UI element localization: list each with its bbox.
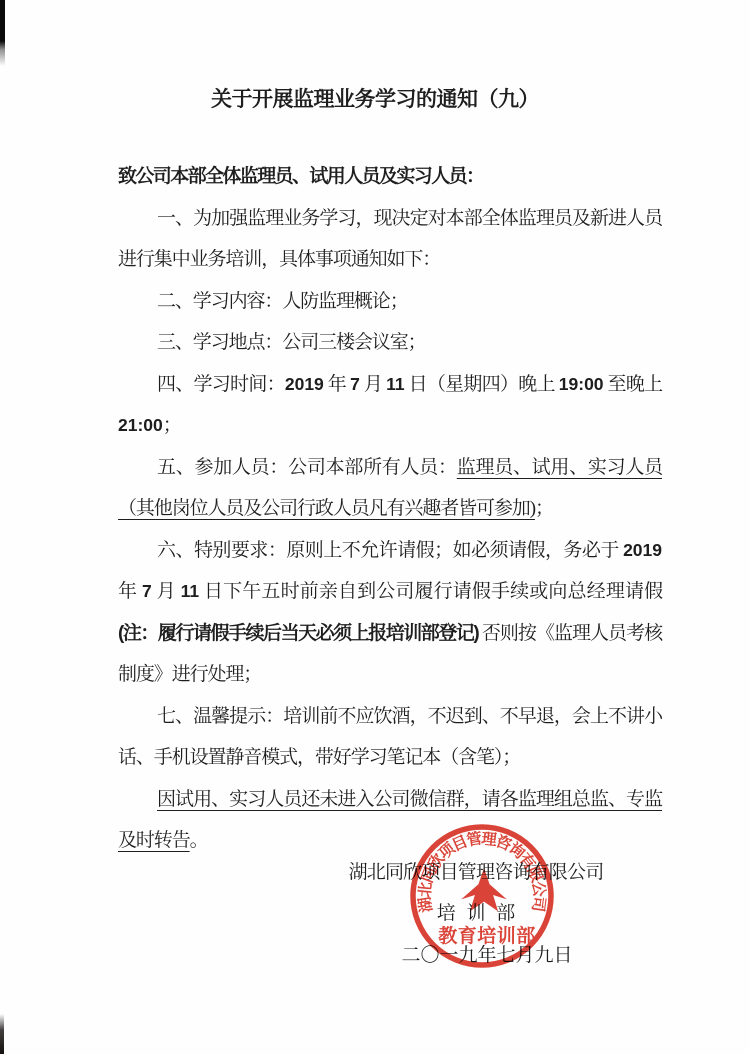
paragraph-5-text: ；	[535, 498, 553, 519]
paragraph-6-text: 月	[152, 581, 181, 602]
day-number: 11	[386, 374, 405, 394]
paragraph-1: 一、为加强监理业务学习，现决定对本部全体监理员及新进人员进行集中业务培训，具体事…	[118, 198, 662, 281]
paragraph-4-text: 月	[360, 374, 386, 395]
start-time: 19:00	[559, 374, 604, 394]
paragraph-5: 五、参加人员：公司本部所有人员：监理员、试用、实习人员（其他岗位人员及公司行政人…	[118, 447, 662, 530]
paragraph-4: 四、学习时间：2019 年 7 月 11 日（星期四）晚上 19:00 至晚上 …	[118, 364, 662, 447]
paragraph-6-text: 六、特别要求：原则上不允许请假；如必须请假，务必于	[157, 540, 623, 561]
paragraph-4-text: ；	[163, 415, 181, 436]
paragraph-4-text: 四、学习时间：	[157, 374, 285, 395]
paragraph-4-text: 至晚上	[604, 374, 662, 395]
paragraph-4-text: 日（星期四）晚上	[405, 374, 559, 395]
paragraph-4-text: 年	[324, 374, 350, 395]
paragraph-8-text: 。	[190, 830, 208, 851]
notice-title: 关于开展监理业务学习的通知（九）	[0, 0, 750, 116]
notice-body: 致公司本部全体监理员、试用人员及实习人员： 一、为加强监理业务学习，现决定对本部…	[118, 156, 662, 862]
paragraph-2-text: 二、学习内容：人防监理概论；	[157, 291, 408, 312]
year-number: 2019	[623, 540, 662, 560]
paragraph-7-text: 七、温馨提示：培训前不应饮酒，不迟到、不早退，会上不讲小话、手机设置静音模式，带…	[118, 706, 662, 769]
day-number: 11	[181, 581, 200, 601]
month-number: 7	[142, 581, 152, 601]
seal-banner-text: 教育培训部	[438, 924, 536, 947]
month-number: 7	[350, 374, 360, 394]
paragraph-7: 七、温馨提示：培训前不应饮酒，不迟到、不早退，会上不讲小话、手机设置静音模式，带…	[118, 696, 662, 779]
paragraph-8: 因试用、实习人员还未进入公司微信群，请各监理组总监、专监及时转告。	[118, 779, 662, 862]
end-time: 21:00	[118, 415, 163, 435]
paragraph-3: 三、学习地点：公司三楼会议室；	[118, 322, 662, 364]
paragraph-2: 二、学习内容：人防监理概论；	[118, 281, 662, 323]
paragraph-5-text: 五、参加人员：公司本部所有人员：	[157, 457, 457, 478]
paragraph-1-text: 一、为加强监理业务学习，现决定对本部全体监理员及新进人员进行集中业务培训，具体事…	[118, 208, 662, 271]
scanned-notice-page: 关于开展监理业务学习的通知（九） 致公司本部全体监理员、试用人员及实习人员： 一…	[0, 0, 750, 1054]
seal-star-icon	[461, 868, 507, 911]
scan-edge-artifact-top	[0, 0, 5, 66]
year-number: 2019	[285, 374, 324, 394]
paragraph-6-text: 日下午五时前亲自到公司履行请假手续或向总经理请假	[199, 581, 662, 602]
paragraph-3-text: 三、学习地点：公司三楼会议室；	[157, 332, 426, 353]
paragraph-6: 六、特别要求：原则上不允许请假；如必须请假，务必于 2019 年 7 月 11 …	[118, 530, 662, 696]
salutation-line: 致公司本部全体监理员、试用人员及实习人员：	[118, 156, 662, 198]
scan-edge-artifact-bottom	[0, 1014, 4, 1054]
company-seal-stamp: 湖北同欣项目管理咨询有限公司 教育培训部	[404, 818, 560, 974]
paragraph-6-bold-note: (注：履行请假手续后当天必须上报培训部登记)	[118, 623, 478, 644]
paragraph-6-text: 年	[118, 581, 142, 602]
